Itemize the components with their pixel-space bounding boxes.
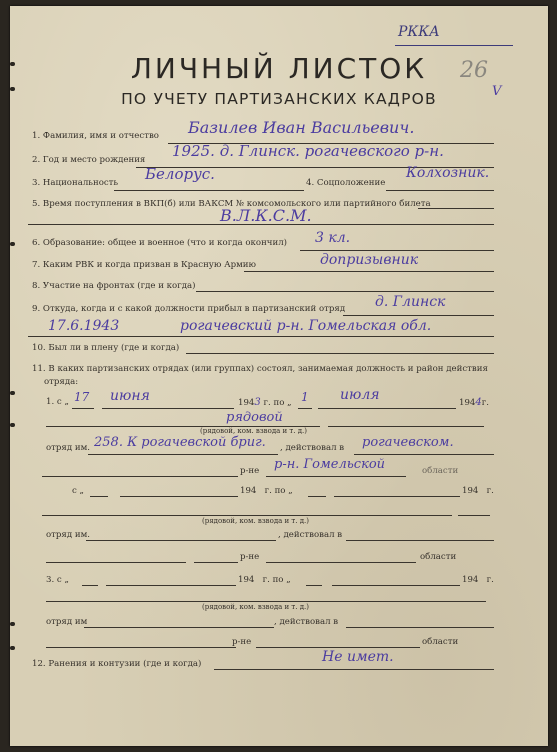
handwritten-stamp-rkka: РККА	[398, 24, 440, 40]
field-line-conscription	[244, 271, 494, 272]
field-label-birth: 2. Год и место рождения	[32, 155, 145, 165]
entry1-month-from: июня	[110, 388, 150, 404]
entry1-day-to-line	[298, 408, 312, 409]
field-line-arrival-2	[28, 336, 494, 337]
entry2-month-from-line	[120, 496, 238, 497]
entry3-position-line	[46, 601, 486, 602]
entry3-region-label: области	[422, 637, 458, 647]
field-line-wounds	[214, 669, 494, 670]
entry2-year-from: 194 г. по „	[240, 486, 293, 496]
field-value-social-status: Колхозник.	[406, 165, 489, 181]
field-value-conscription: допризывник	[320, 252, 418, 268]
field-label-wounds: 12. Ранения и контузии (где и когда)	[32, 659, 201, 669]
field-line-nationality	[114, 190, 304, 191]
field-value-nationality: Белорус.	[145, 165, 215, 183]
entry1-detachment-line	[88, 454, 278, 455]
entry2-acted-label: , действовал в	[278, 530, 342, 540]
entry3-day-from-line	[82, 585, 98, 586]
stamp-underline	[395, 45, 513, 46]
entry3-detachment-line	[84, 627, 274, 628]
field-value-party-membership: В.Л.К.С.М.	[220, 206, 312, 225]
entry2-month-to-line	[334, 496, 460, 497]
field-label-full-name: 1. Фамилия, имя и отчество	[32, 131, 159, 141]
entry2-position-line	[42, 515, 452, 516]
entry2-region-label: области	[420, 552, 456, 562]
page-subtitle: ПО УЧЕТУ ПАРТИЗАНСКИХ КАДРОВ	[10, 90, 548, 108]
punch-hole	[10, 423, 15, 427]
entry1-month-to: июля	[340, 387, 380, 403]
entry1-month-to-line	[318, 408, 456, 409]
field-line-arrival-1	[343, 315, 494, 316]
entry1-month-from-line	[102, 408, 234, 409]
field-label-social-status: 4. Соцположение	[306, 178, 385, 188]
field-value-arrival-date: 17.6.1943	[48, 318, 119, 334]
entry3-month-from-line	[106, 585, 236, 586]
entry1-district-label: р-не	[240, 466, 259, 476]
entry2-position-hint: (рядовой, ком. взвода и т. д.)	[202, 517, 309, 525]
field-line-social-status	[386, 190, 494, 191]
punch-hole	[10, 622, 15, 626]
field-line-captivity	[186, 353, 494, 354]
entry2-year-to: 194 г.	[462, 486, 494, 496]
field-value-arrival-place: д. Глинск	[375, 294, 445, 310]
entry1-year-from: 1943 г. по „	[238, 397, 292, 408]
field-label-arrival: 9. Откуда, когда и с какой должности при…	[32, 304, 345, 314]
entry2-district-label: р-не	[240, 552, 259, 562]
entry1-position-line-2	[328, 426, 484, 427]
punch-hole	[10, 391, 15, 395]
field-value-birth: 1925. д. Глинск. рогачевского р-н.	[172, 142, 444, 160]
punch-hole	[10, 646, 15, 650]
field-value-arrival-district: рогачевский р-н. Гомельская обл.	[180, 318, 431, 334]
entry3-year-to: 194 г.	[462, 575, 494, 585]
entry2-district-pre-line-2	[194, 562, 238, 563]
entry1-acted-line	[354, 454, 494, 455]
field-label-conscription: 7. Каким РВК и когда призван в Красную А…	[32, 260, 256, 270]
entry3-district-pre-line	[46, 647, 236, 648]
entry1-day-to: 1	[301, 390, 309, 404]
entry1-from-prefix: 1. с „	[46, 397, 69, 407]
entry1-day-from-line	[72, 408, 94, 409]
entry1-region-label: области	[422, 466, 458, 476]
field-value-full-name: Базилев Иван Васильевич.	[188, 118, 414, 137]
field-label-detachments: 11. В каких партизанских отрядах (или гр…	[32, 364, 488, 374]
entry1-district-line	[266, 476, 406, 477]
entry3-day-to-line	[306, 585, 322, 586]
personal-record-sheet: РККА 26 V ЛИЧНЫЙ ЛИСТОК ПО УЧЕТУ ПАРТИЗА…	[10, 6, 548, 746]
entry1-position-hint: (рядовой, ком. взвода и т. д.)	[200, 427, 307, 435]
field-line-party-1	[418, 208, 494, 209]
page-title: ЛИЧНЫЙ ЛИСТОК	[10, 52, 548, 85]
entry3-from-prefix: 3. с „	[46, 575, 69, 585]
entry2-from-prefix: с „	[72, 486, 84, 496]
field-label-detachments-cont: отряда:	[44, 377, 78, 387]
entry2-acted-line	[346, 540, 494, 541]
punch-hole	[10, 242, 15, 246]
entry2-day-to-line	[308, 496, 326, 497]
entry3-month-to-line	[332, 585, 460, 586]
field-label-captivity: 10. Был ли в плену (где и когда)	[32, 343, 179, 353]
entry1-detachment-label: отряд им.	[46, 443, 90, 453]
entry1-acted-in: рогачевском.	[362, 435, 454, 450]
entry1-position: рядовой	[226, 410, 283, 425]
field-line-education	[300, 250, 494, 251]
entry1-acted-label: , действовал в	[280, 443, 344, 453]
entry3-acted-line	[346, 627, 494, 628]
entry2-detachment-line	[86, 540, 276, 541]
entry2-detachment-label: отряд им.	[46, 530, 90, 540]
field-label-education: 6. Образование: общее и военное (что и к…	[32, 238, 287, 248]
entry1-day-from: 17	[74, 390, 89, 404]
entry3-district-line	[256, 647, 420, 648]
field-value-wounds: Не имет.	[322, 649, 394, 665]
entry1-year-to: 1944г.	[459, 397, 489, 408]
entry2-position-line-2	[458, 515, 490, 516]
field-line-front-participation	[196, 291, 494, 292]
entry2-district-pre-line	[46, 562, 186, 563]
entry2-district-line	[266, 562, 416, 563]
entry3-year-from: 194 г. по „	[238, 575, 291, 585]
field-value-education: 3 кл.	[315, 230, 350, 246]
entry3-district-label: р-не	[232, 637, 251, 647]
entry1-district: р-н. Гомельской	[274, 457, 385, 472]
entry3-position-hint: (рядовой, ком. взвода и т. д.)	[202, 603, 309, 611]
entry3-detachment-label: отряд им	[46, 617, 87, 627]
entry1-detachment: 258. К рогачевской бриг.	[94, 435, 266, 450]
entry2-day-from-line	[90, 496, 108, 497]
field-label-front-participation: 8. Участие на фронтах (где и когда)	[32, 281, 195, 291]
field-label-nationality: 3. Национальность	[32, 178, 118, 188]
entry1-district-pre-line	[42, 476, 238, 477]
entry3-acted-label: , действовал в	[274, 617, 338, 627]
